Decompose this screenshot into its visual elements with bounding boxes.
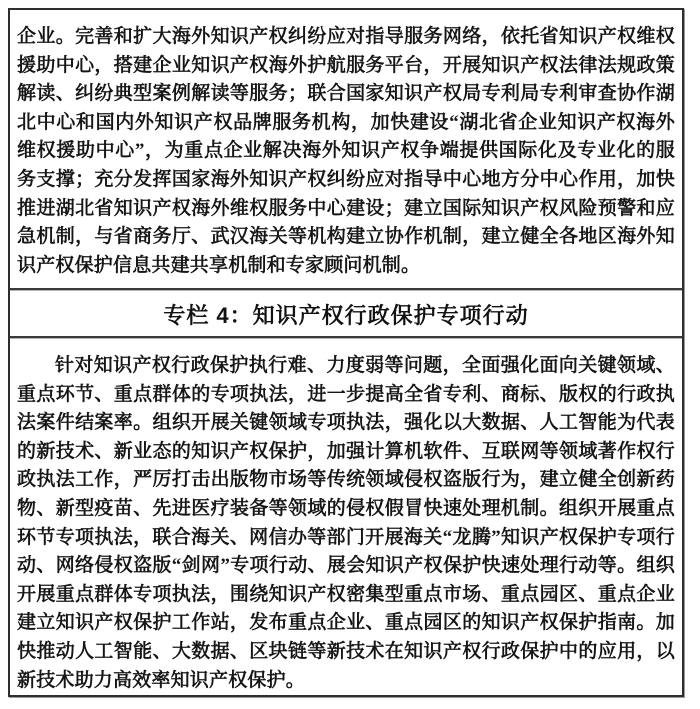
document-page: 企业。完善和扩大海外知识产权纠纷应对指导服务网络，依托省知识产权维权援助中心，搭… xyxy=(0,0,700,709)
document-frame: 企业。完善和扩大海外知识产权纠纷应对指导服务网络，依托省知识产权维权援助中心，搭… xyxy=(8,8,684,697)
continuation-paragraph: 企业。完善和扩大海外知识产权纠纷应对指导服务网络，依托省知识产权维权援助中心，搭… xyxy=(17,23,675,280)
column-title: 专栏 4：知识产权行政保护专项行动 xyxy=(163,299,528,330)
column-body-section: 针对知识产权行政保护执行难、力度弱等问题，全面强化面向关键领域、重点环节、重点群… xyxy=(10,338,682,695)
column-body-paragraph: 针对知识产权行政保护执行难、力度弱等问题，全面强化面向关键领域、重点环节、重点群… xyxy=(17,352,675,695)
continuation-paragraph-section: 企业。完善和扩大海外知识产权纠纷应对指导服务网络，依托省知识产权维权援助中心，搭… xyxy=(10,10,682,288)
column-title-bar: 专栏 4：知识产权行政保护专项行动 xyxy=(10,290,682,336)
